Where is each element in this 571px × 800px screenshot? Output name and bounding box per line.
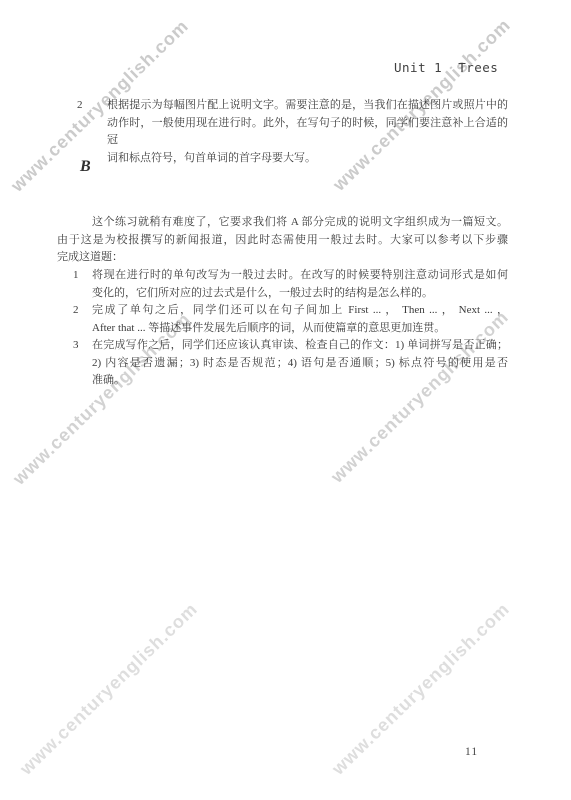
item-2-line: 根据提示为每幅图片配上说明文字。需要注意的是，当我们在描述图片或照片中的: [107, 97, 508, 115]
step-3-line: 2) 内容是否遗漏；3) 时态是否规范；4) 语句是否通顺；5) 标点符号的使用…: [92, 355, 508, 373]
section-b-intro-paragraph: 这个练习就稍有难度了，它要求我们将 A 部分完成的说明文字组织成为一篇短文。 由…: [57, 214, 508, 267]
scanned-textbook-page: www.centuryenglish.com www.centuryenglis…: [0, 0, 571, 800]
watermark-text: www.centuryenglish.com: [328, 599, 514, 780]
step-3-line: 在完成写作之后，同学们还应该认真审读、检查自己的作文：1) 单词拼写是否正确；: [92, 337, 508, 355]
intro-line: 由于这是为校报撰写的新闻报道，因此时态需使用一般过去时。大家可以参考以下步骤: [57, 232, 508, 250]
item-2-number: 2: [77, 97, 83, 115]
item-2-line: 动作时，一般使用现在进行时。此外，在写句子的时候，同学们要注意补上合适的冠: [107, 115, 508, 150]
intro-line: 完成这道题：: [57, 249, 508, 267]
step-2-line: 完成了单句之后，同学们还可以在句子间加上 First ... ， Then ..…: [92, 302, 508, 320]
step-2: 2 完成了单句之后，同学们还可以在句子间加上 First ... ， Then …: [92, 302, 508, 337]
step-2-line: After that ... 等描述事件发展先后顺序的词，从而使篇章的意思更加连…: [92, 320, 508, 338]
step-1-line: 将现在进行时的单句改写为一般过去时。在改写的时候要特别注意动词形式是如何: [92, 267, 508, 285]
step-1: 1 将现在进行时的单句改写为一般过去时。在改写的时候要特别注意动词形式是如何 变…: [92, 267, 508, 302]
watermark-text: www.centuryenglish.com: [16, 599, 202, 780]
item-2-line: 词和标点符号，句首单词的首字母要大写。: [107, 150, 508, 168]
step-1-number: 1: [73, 267, 79, 285]
step-2-number: 2: [73, 302, 79, 320]
step-1-line: 变化的，它们所对应的过去式是什么，一般过去时的结构是怎么样的。: [92, 285, 508, 303]
step-3-number: 3: [73, 337, 79, 355]
section-b-steps-list: 1 将现在进行时的单句改写为一般过去时。在改写的时候要特别注意动词形式是如何 变…: [92, 267, 508, 390]
intro-line: 这个练习就稍有难度了，它要求我们将 A 部分完成的说明文字组织成为一篇短文。: [57, 214, 508, 232]
step-3-line: 准确。: [92, 372, 508, 390]
step-3: 3 在完成写作之后，同学们还应该认真审读、检查自己的作文：1) 单词拼写是否正确…: [92, 337, 508, 390]
page-number: 11: [465, 746, 478, 758]
item-2-paragraph: 根据提示为每幅图片配上说明文字。需要注意的是，当我们在描述图片或照片中的 动作时…: [107, 97, 508, 167]
page-header-title: Unit 1 Trees: [394, 60, 498, 75]
section-b-label: B: [80, 158, 91, 176]
